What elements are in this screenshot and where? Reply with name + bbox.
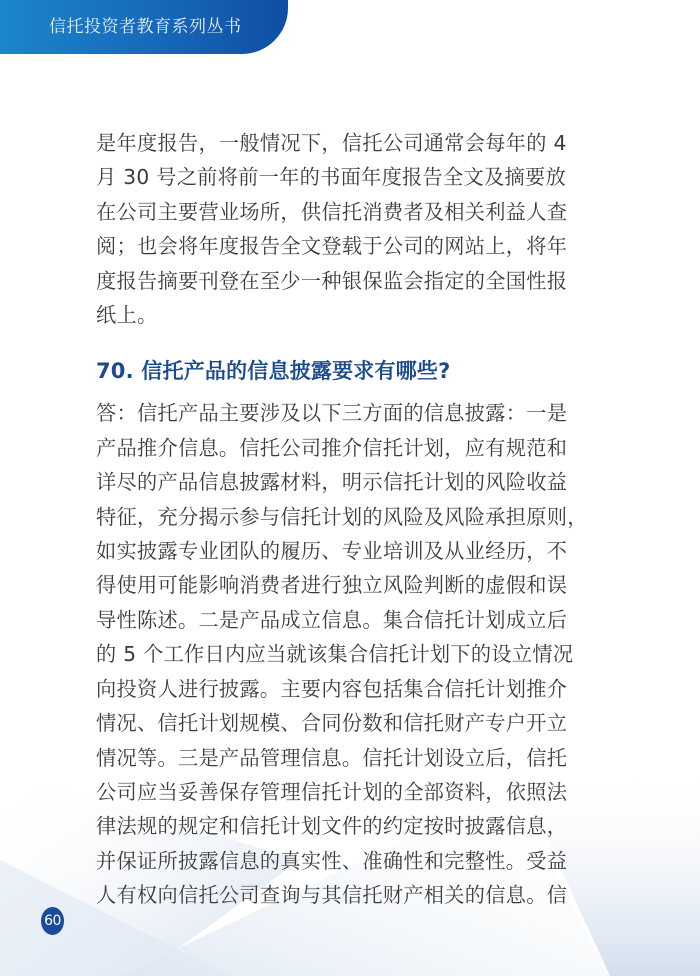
page-content: 是年度报告，一般情况下，信托公司通常会每年的 4 月 30 号之前将前一年的书面… xyxy=(96,126,576,913)
text-line: 是年度报告，一般情况下，信托公司通常会每年的 4 xyxy=(96,126,576,160)
text-line: 得使用可能影响消费者进行独立风险判断的虚假和误 xyxy=(96,568,576,602)
text-line: 月 30 号之前将前一年的书面年度报告全文及摘要放 xyxy=(96,160,576,194)
text-line: 律法规的规定和信托计划文件的约定按时披露信息， xyxy=(96,809,576,843)
text-line: 的 5 个工作日内应当就该集合信托计划下的设立情况 xyxy=(96,637,576,671)
text-line: 人有权向信托公司查询与其信托财产相关的信息。信 xyxy=(96,878,576,912)
header-band: 信托投资者教育系列丛书 xyxy=(0,0,288,54)
text-line: 如实披露专业团队的履历、专业培训及从业经历，不 xyxy=(96,534,576,568)
intro-paragraph: 是年度报告，一般情况下，信托公司通常会每年的 4 月 30 号之前将前一年的书面… xyxy=(96,126,576,332)
text-line: 详尽的产品信息披露材料，明示信托计划的风险收益 xyxy=(96,465,576,499)
text-line: 并保证所披露信息的真实性、准确性和完整性。受益 xyxy=(96,844,576,878)
text-line: 向投资人进行披露。主要内容包括集合信托计划推介 xyxy=(96,672,576,706)
text-line: 公司应当妥善保存管理信托计划的全部资料，依照法 xyxy=(96,775,576,809)
answer-paragraph: 答：信托产品主要涉及以下三方面的信息披露：一是 产品推介信息。信托公司推介信托计… xyxy=(96,396,576,912)
text-line: 纸上。 xyxy=(96,298,576,332)
text-line: 情况、信托计划规模、合同份数和信托财产专户开立 xyxy=(96,706,576,740)
text-line: 阅；也会将年度报告全文登载于公司的网站上，将年 xyxy=(96,229,576,263)
series-title: 信托投资者教育系列丛书 xyxy=(49,15,242,39)
text-line: 特征，充分揭示参与信托计划的风险及风险承担原则， xyxy=(96,500,576,534)
text-line: 答：信托产品主要涉及以下三方面的信息披露：一是 xyxy=(96,396,576,430)
page-number-badge: 60 xyxy=(41,907,64,935)
text-line: 情况等。三是产品管理信息。信托计划设立后，信托 xyxy=(96,741,576,775)
question-heading: 70. 信托产品的信息披露要求有哪些? xyxy=(96,356,576,386)
text-line: 度报告摘要刊登在至少一种银保监会指定的全国性报 xyxy=(96,264,576,298)
text-line: 产品推介信息。信托公司推介信托计划，应有规范和 xyxy=(96,431,576,465)
text-line: 导性陈述。二是产品成立信息。集合信托计划成立后 xyxy=(96,603,576,637)
text-line: 在公司主要营业场所，供信托消费者及相关利益人查 xyxy=(96,195,576,229)
